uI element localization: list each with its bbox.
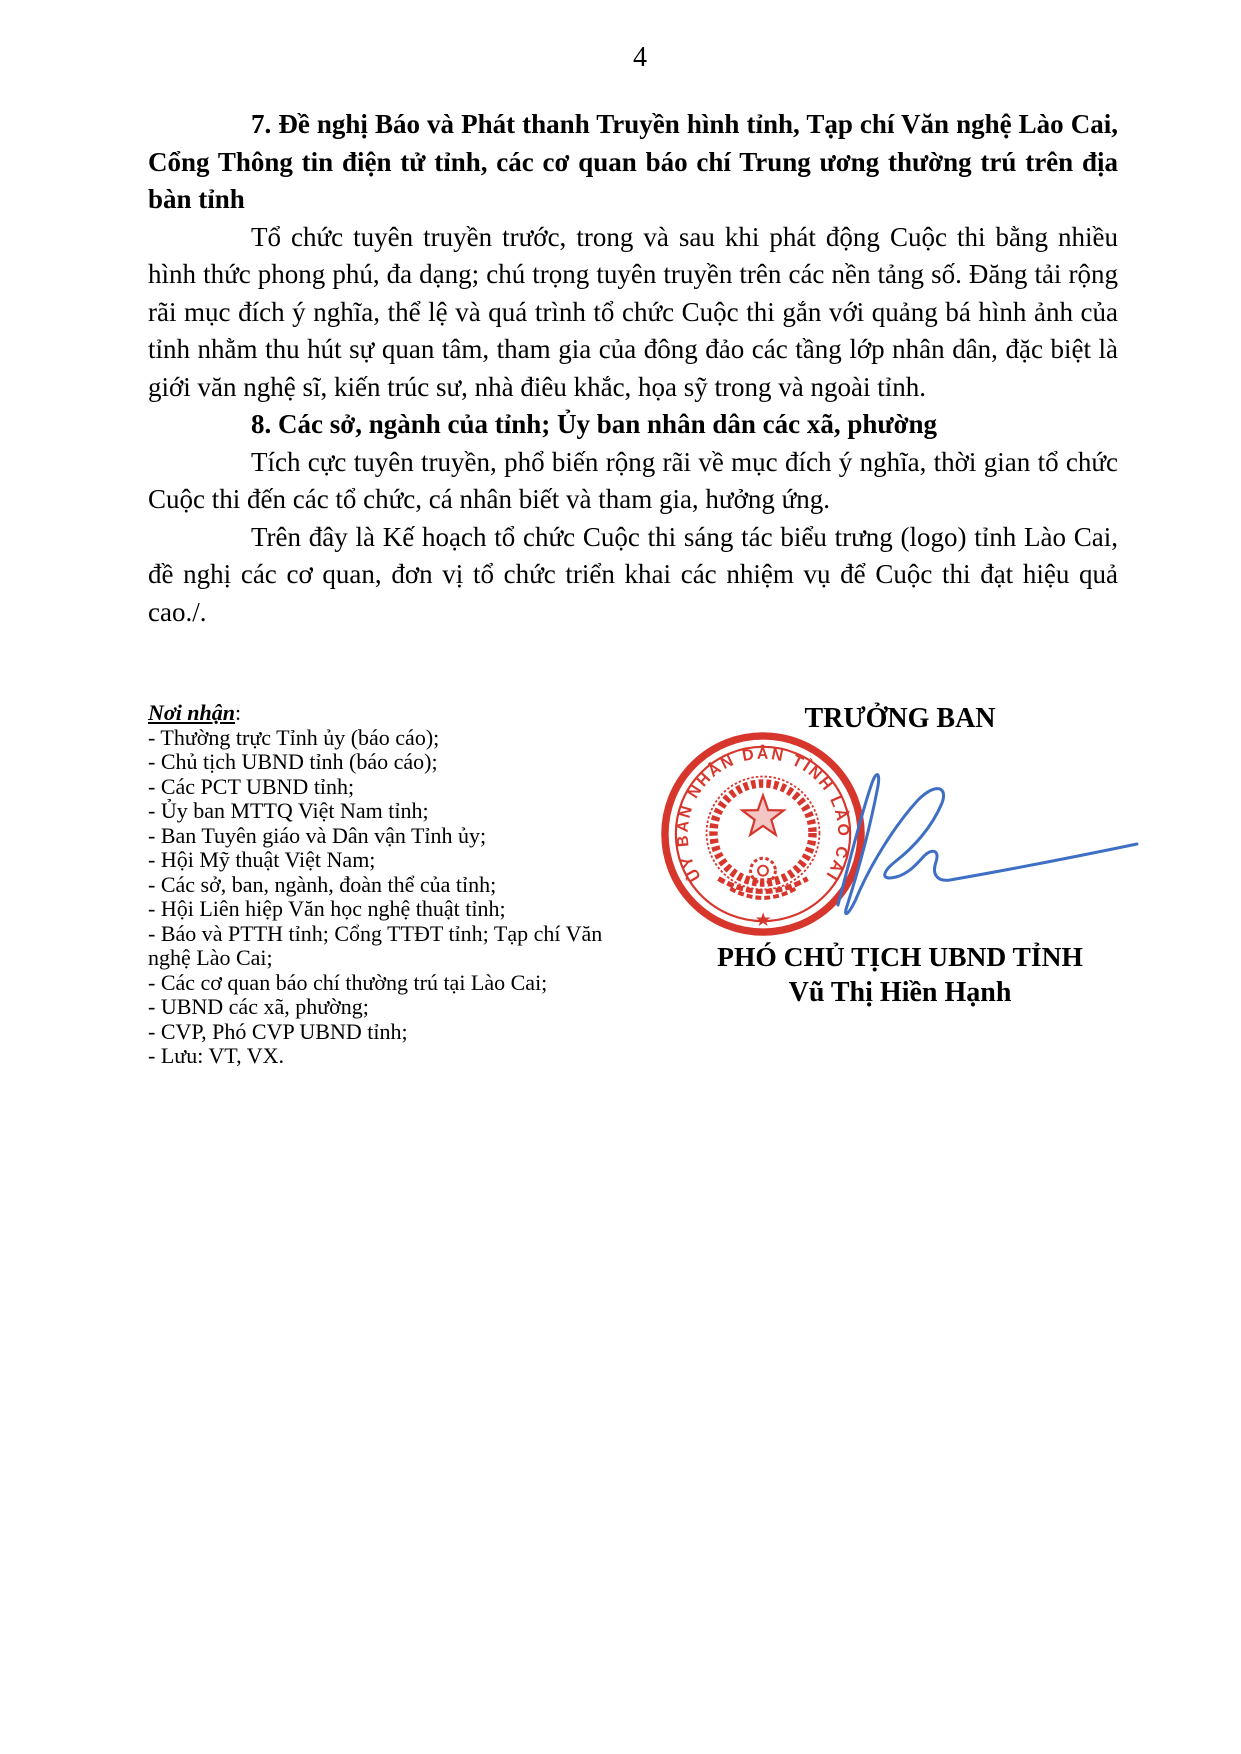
recipient-item: - Ban Tuyên giáo và Dân vận Tỉnh ủy; [148,824,648,849]
recipient-item: - Các PCT UBND tỉnh; [148,775,648,800]
recipient-item: - Chủ tịch UBND tỉnh (báo cáo); [148,750,648,775]
signer-name: Vũ Thị Hiền Hạnh [690,975,1110,1011]
recipient-item: - Thường trực Tỉnh ủy (báo cáo); [148,726,648,751]
recipient-item: - Các sở, ban, ngành, đoàn thể của tỉnh; [148,873,648,898]
recipient-item: - Ủy ban MTTQ Việt Nam tỉnh; [148,799,648,824]
signature-stroke [856,789,1137,899]
recipients-label: Nơi nhận: [148,701,648,726]
recipient-item: - UBND các xã, phường; [148,995,648,1020]
page-number: 4 [633,42,647,74]
document-body: 7. Đề nghị Báo và Phát thanh Truyền hình… [148,106,1118,631]
recipient-item: - Hội Liên hiệp Văn học nghệ thuật tỉnh; [148,897,648,922]
section-7-heading: 7. Đề nghị Báo và Phát thanh Truyền hình… [148,106,1118,219]
section-7-paragraph: Tổ chức tuyên truyền trước, trong và sau… [148,219,1118,407]
section-8-heading: 8. Các sở, ngành của tỉnh; Ủy ban nhân d… [148,406,1118,444]
signature-svg [690,715,1150,925]
recipient-item: - Lưu: VT, VX. [148,1044,648,1069]
handwritten-signature [690,715,1150,925]
closing-paragraph: Trên đây là Kế hoạch tổ chức Cuộc thi sá… [148,519,1118,632]
recipient-item: - CVP, Phó CVP UBND tỉnh; [148,1020,648,1045]
recipient-item: - Báo và PTTH tỉnh; Cổng TTĐT tỉnh; Tạp … [148,922,648,971]
signer-position: PHÓ CHỦ TỊCH UBND TỈNH [690,939,1110,975]
section-8-paragraph: Tích cực tuyên truyền, phổ biến rộng rãi… [148,444,1118,519]
recipients-block: Nơi nhận: - Thường trực Tỉnh ủy (báo cáo… [148,701,648,1069]
recipient-item: - Các cơ quan báo chí thường trú tại Lào… [148,971,648,996]
document-page: 4 7. Đề nghị Báo và Phát thanh Truyền hì… [0,0,1241,1754]
recipient-item: - Hội Mỹ thuật Việt Nam; [148,848,648,873]
